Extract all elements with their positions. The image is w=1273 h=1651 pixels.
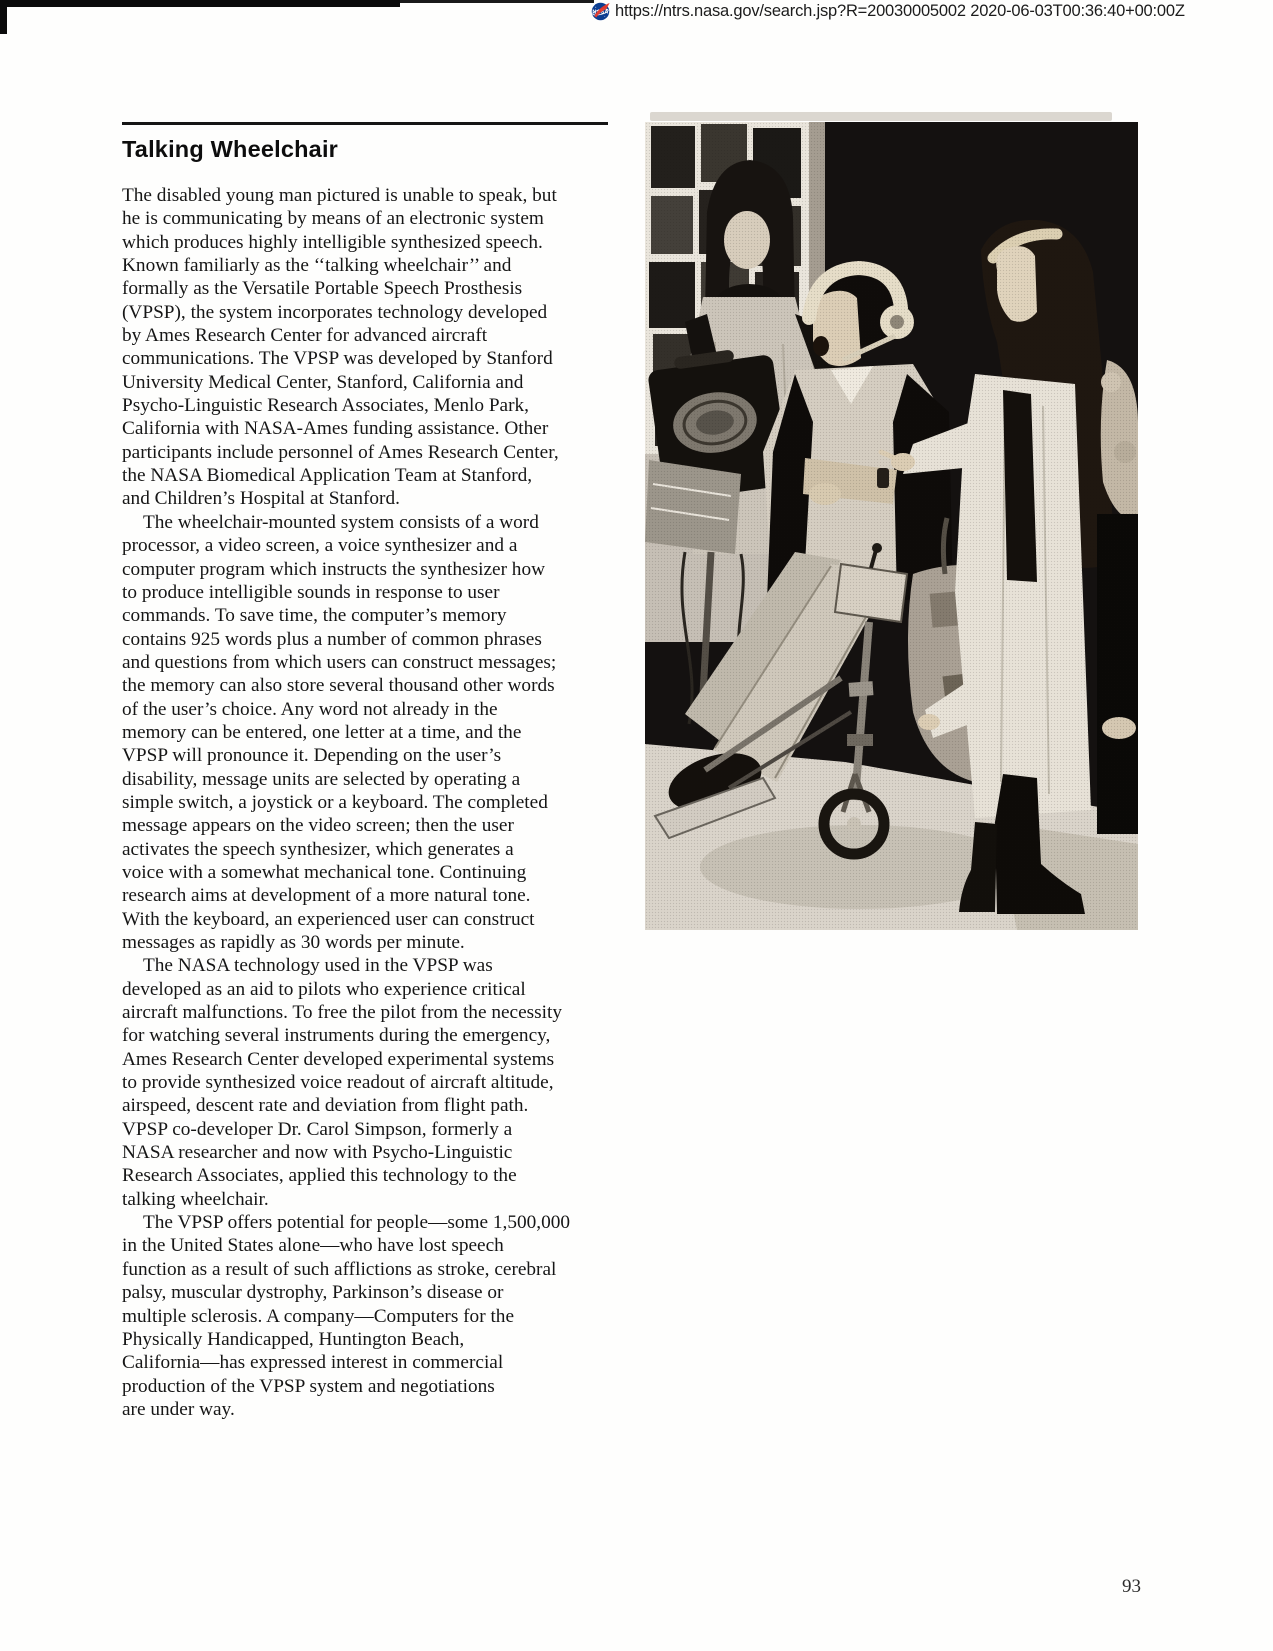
article-title: Talking Wheelchair — [122, 136, 608, 163]
nasa-meatball-icon: NASA — [591, 2, 610, 21]
article-paragraph-2: The wheelchair-mounted system consists o… — [122, 511, 608, 955]
article-photo-talking-wheelchair — [645, 122, 1138, 930]
scanned-document-page: NASA https://ntrs.nasa.gov/search.jsp?R=… — [0, 0, 1273, 1651]
document-source-url: https://ntrs.nasa.gov/search.jsp?R=20030… — [615, 2, 1185, 21]
document-header: NASA https://ntrs.nasa.gov/search.jsp?R=… — [591, 2, 1185, 21]
halftone-grain-overlay — [645, 122, 1138, 930]
article-paragraph-4: The VPSP offers potential for people—som… — [122, 1211, 608, 1421]
page-number: 93 — [1122, 1576, 1141, 1598]
article-paragraph-1: The disabled young man pictured is unabl… — [122, 184, 608, 511]
halftone-photo-illustration — [645, 122, 1138, 930]
article-paragraph-3: The NASA technology used in the VPSP was… — [122, 954, 608, 1211]
scan-artifact-left-bar — [0, 0, 7, 34]
photo-scan-smudge — [650, 112, 1112, 121]
article-column: Talking Wheelchair The disabled young ma… — [122, 122, 608, 1421]
title-rule — [122, 122, 608, 125]
scan-artifact-top-bar — [0, 0, 400, 7]
